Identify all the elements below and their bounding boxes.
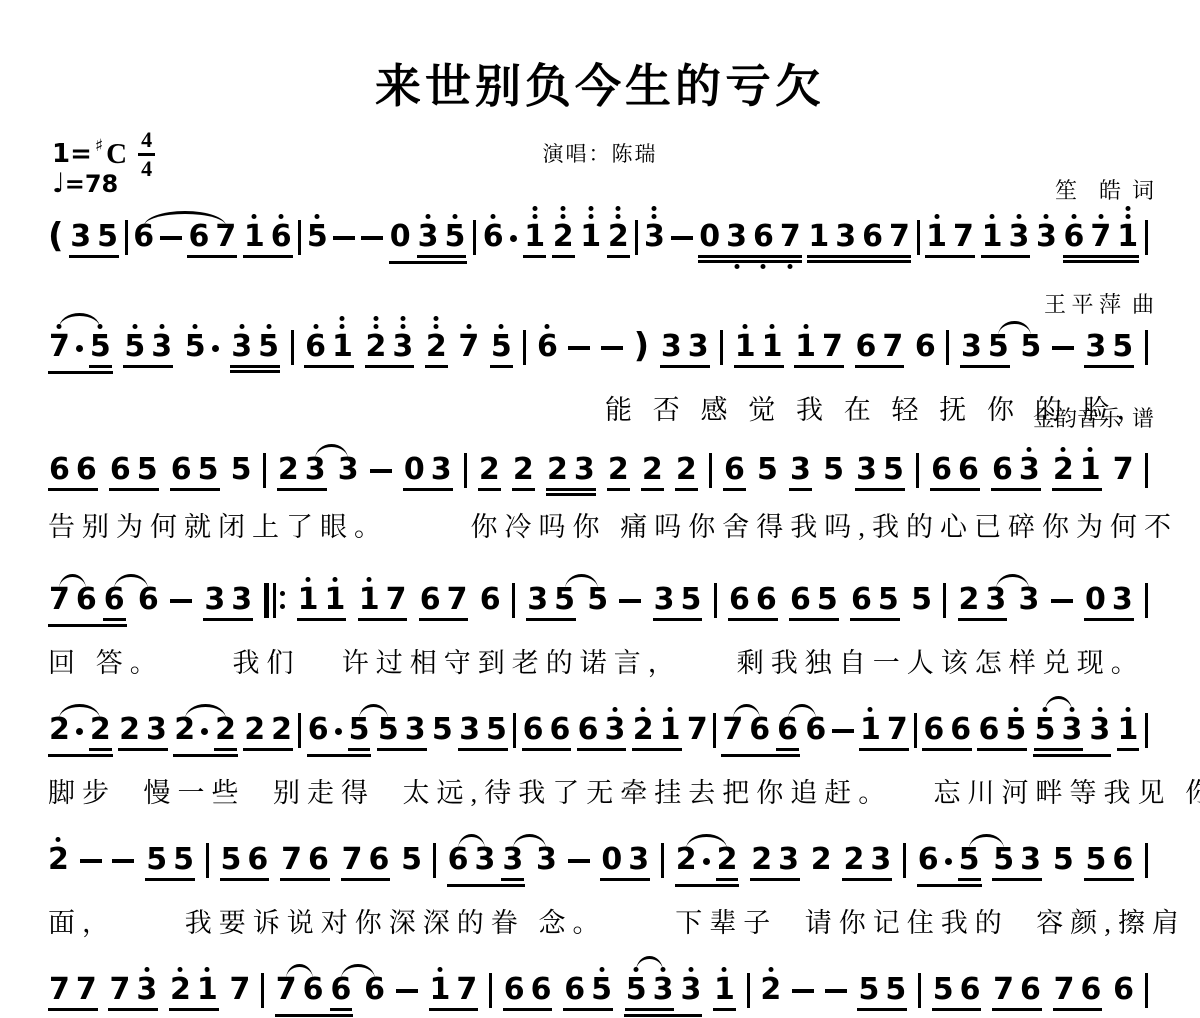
barline [914, 713, 917, 748]
note: 6 [420, 585, 441, 615]
beam-group: 76 [280, 845, 330, 881]
octave-dots-above [252, 214, 257, 219]
octave-dot [652, 206, 657, 211]
octave-dot [434, 316, 439, 321]
beam-group: 17 [794, 332, 844, 368]
note-digit: 6 [960, 975, 981, 1005]
note: 1 [332, 332, 353, 362]
note: 3 [418, 222, 439, 252]
note-digit: 3 [204, 585, 225, 615]
note-digit: 7 [447, 585, 468, 615]
note-digit: 2 [717, 845, 738, 875]
note-digit: 5 [97, 222, 118, 252]
note-digit: 2 [959, 585, 980, 615]
repeat-dot [280, 591, 285, 596]
note-digit: 3 [1089, 715, 1110, 745]
octave-dots-above [688, 967, 693, 972]
music-line: 66656552330322232226535356663217 [48, 455, 1148, 491]
beam-group: 5 [348, 715, 371, 751]
barline [263, 453, 266, 488]
note: 1 [325, 585, 346, 615]
note: 6 [578, 715, 599, 745]
note: 3 [70, 222, 91, 252]
note: 5 [587, 585, 608, 615]
note-digit: 2 [843, 845, 864, 875]
duration-dash [792, 989, 814, 993]
note-digit: 3 [405, 715, 426, 745]
octave-dots-above [1044, 214, 1049, 219]
note: 5 [491, 332, 512, 362]
score-line: 66656552330322232226535356663217告别为何就闭上了… [48, 455, 1148, 544]
octave-dot [768, 967, 773, 972]
octave-dots-above [652, 206, 657, 219]
note-digit: 2 [751, 845, 772, 875]
note-digit: 3 [985, 585, 1006, 615]
note: 3 [305, 455, 326, 485]
beam-group: 17 [859, 715, 909, 751]
note: 3 [204, 585, 225, 615]
score-line: 222322226553535666321776661766655331脚步 慢… [48, 715, 1148, 810]
beam-group: 35 [458, 715, 508, 751]
barline [946, 330, 949, 365]
beam-group: 23 [958, 585, 1008, 621]
note-digit: 1 [926, 222, 947, 252]
note: 6 [483, 222, 504, 252]
octave-dot [561, 214, 566, 219]
octave-dots-above [434, 316, 439, 329]
beam-group: 03 [403, 455, 453, 491]
octave-dots-above [934, 214, 939, 219]
note-digit: 5 [1020, 332, 1041, 362]
note-digit: 5 [587, 585, 608, 615]
note-digit: 6 [549, 715, 570, 745]
note-digit: 3 [661, 332, 682, 362]
note: 2 [90, 715, 111, 745]
beam-group: 2 [641, 455, 664, 491]
note: 6 [271, 222, 292, 252]
note: 5 [823, 455, 844, 485]
note-digit: 6 [992, 455, 1013, 485]
note: 2 [608, 222, 629, 252]
note-digit: 6 [856, 332, 877, 362]
octave-dots-above [239, 324, 244, 329]
note: 3 [431, 455, 452, 485]
octave-dots-above [466, 324, 471, 329]
note: 0 [601, 845, 622, 875]
barline [473, 220, 476, 255]
beam-group: 671 [1063, 222, 1140, 258]
note: 1 [1117, 222, 1138, 252]
beam-group: 2 [214, 715, 237, 751]
note: 7 [49, 332, 70, 362]
beam-group: 3 [789, 455, 812, 491]
note: 5 [146, 845, 167, 875]
performer-line: 演唱：陈瑞 [0, 138, 1200, 168]
octave-dot [990, 214, 995, 219]
note: 3 [688, 332, 709, 362]
note: 1 [580, 222, 601, 252]
time-signature-top: 4 [138, 128, 155, 156]
key-prefix: 1= [52, 139, 92, 169]
note-digit: 1 [714, 975, 735, 1005]
beam-group: 77 [48, 975, 98, 1011]
beam-group: 76 [992, 975, 1042, 1011]
octave-dots-below [761, 264, 766, 269]
beam-group: 55 [857, 975, 907, 1011]
note: 5 [221, 845, 242, 875]
beam-group: 65 [170, 455, 220, 491]
note: 7 [822, 332, 843, 362]
note: 7 [229, 975, 250, 1005]
octave-dots-above [340, 316, 345, 329]
repeat-dots [280, 591, 285, 609]
note-digit: 5 [432, 715, 453, 745]
octave-dot [612, 707, 617, 712]
note: 3 [835, 222, 856, 252]
note-digit: 6 [49, 455, 70, 485]
note-digit: 3 [1085, 332, 1106, 362]
note: 3 [628, 845, 649, 875]
barline [714, 583, 717, 618]
note: 2 [760, 975, 781, 1005]
note: 3 [1036, 222, 1057, 252]
duration-dash [112, 859, 134, 863]
note-digit: 6 [1112, 845, 1133, 875]
octave-dots-above [373, 316, 378, 329]
beam-group: 22 [48, 715, 113, 757]
note-digit: 2 [170, 975, 191, 1005]
octave-dot [652, 214, 657, 219]
barline [464, 453, 467, 488]
note-digit: 3 [654, 585, 675, 615]
note: 6 [978, 715, 999, 745]
note-digit: 6 [504, 975, 525, 1005]
tempo-marking: ♩=78 [52, 168, 118, 199]
note: 3 [231, 585, 252, 615]
note-digit: 6 [862, 222, 883, 252]
octave-dots-above [768, 967, 773, 972]
beam-group: 53 [377, 715, 427, 751]
note-digit: 5 [486, 715, 507, 745]
note-digit: 7 [889, 222, 910, 252]
note-digit: 2 [48, 845, 69, 875]
note-digit: 3 [653, 975, 674, 1005]
note: 7 [458, 332, 479, 362]
octave-dot [668, 707, 673, 712]
note: 6 [790, 585, 811, 615]
note: 6 [1112, 845, 1133, 875]
note-digit: 2 [633, 715, 654, 745]
note: 6 [805, 715, 826, 745]
note-digit: 3 [856, 455, 877, 485]
barline [261, 973, 264, 1008]
note: 2 [843, 845, 864, 875]
octave-dot [616, 206, 621, 211]
beam-group: 6 [776, 715, 799, 751]
note-digit: 5 [959, 845, 980, 875]
octave-dots-above [770, 324, 775, 329]
repeat-bar-thin [273, 583, 276, 618]
note-digit: 1 [860, 715, 881, 745]
octave-dots-above [616, 206, 621, 219]
barline [433, 843, 436, 878]
beam-group: 2 [552, 222, 575, 258]
barline [943, 583, 946, 618]
note: 3 [502, 845, 523, 875]
duration-dash [361, 236, 383, 240]
score-line: 7773217766617666553312555676766 [48, 975, 1148, 1017]
beam-group: 16 [243, 222, 293, 258]
note: 7 [276, 975, 297, 1005]
note-digit: 2 [479, 455, 500, 485]
note-digit: 6 [923, 715, 944, 745]
barline [1145, 843, 1148, 878]
note: 6 [504, 975, 525, 1005]
note: 3 [459, 715, 480, 745]
note-digit: 3 [628, 845, 649, 875]
duration-dash [832, 729, 854, 733]
note-digit: 7 [386, 585, 407, 615]
note-digit: 5 [1053, 845, 1074, 875]
beam-group: 56 [1084, 845, 1134, 881]
note: 2 [642, 455, 663, 485]
note-digit: 2 [174, 715, 195, 745]
beam-group: 03 [1084, 585, 1134, 621]
note-digit: 6 [271, 222, 292, 252]
note-digit: 6 [331, 975, 352, 1005]
note: 5 [97, 222, 118, 252]
note: 3 [146, 715, 167, 745]
score-line: 755353561232756)33111767635535能 否 感 觉 我 … [48, 332, 1148, 427]
note: 7 [342, 845, 363, 875]
octave-dot [545, 324, 550, 329]
beam-group: 35 [1084, 332, 1134, 368]
octave-dots-above [144, 967, 149, 972]
note: 2 [271, 715, 292, 745]
note-digit: 3 [231, 332, 252, 362]
note-digit: 6 [420, 585, 441, 615]
music-line: 7773217766617666553312555676766 [48, 975, 1148, 1017]
note-digit: 0 [601, 845, 622, 875]
note: 6 [305, 332, 326, 362]
note-digit: 1 [735, 332, 756, 362]
note: 2 [676, 845, 697, 875]
beam-group: 13 [981, 222, 1031, 258]
note-digit: 6 [364, 975, 385, 1005]
note: 1 [762, 332, 783, 362]
octave-dot [588, 214, 593, 219]
note: 6 [958, 455, 979, 485]
beam-group: 6 [103, 585, 126, 621]
note: 3 [405, 715, 426, 745]
music-line: 766633111767635535666565523303 [48, 585, 1148, 627]
note-digit: 5 [817, 585, 838, 615]
note-digit: 3 [680, 975, 701, 1005]
octave-dot [722, 967, 727, 972]
note: 5 [231, 455, 252, 485]
note-digit: 3 [502, 845, 523, 875]
barline [125, 220, 128, 255]
note: 3 [1061, 715, 1082, 745]
note: 7 [447, 585, 468, 615]
note-digit: 3 [1019, 455, 1040, 485]
note-digit: 0 [699, 222, 720, 252]
note-digit: 2 [366, 332, 387, 362]
beam-group: 35 [417, 222, 467, 258]
duration-dot [510, 235, 517, 242]
note: 5 [1085, 845, 1106, 875]
octave-dot [1088, 447, 1093, 452]
note: 6 [133, 222, 154, 252]
octave-dots-above [1097, 707, 1102, 712]
note-digit: 0 [1085, 585, 1106, 615]
note: 2 [553, 222, 574, 252]
beam-group: 23 [118, 715, 168, 751]
duration-dash [568, 859, 590, 863]
note: 3 [136, 975, 157, 1005]
note-digit: 2 [811, 845, 832, 875]
beam-group: 76 [1053, 975, 1103, 1011]
note: 2 [811, 845, 832, 875]
note-digit: 3 [835, 222, 856, 252]
octave-dots-above [132, 324, 137, 329]
note: 6 [303, 975, 324, 1005]
octave-dots-above [722, 967, 727, 972]
note-digit: 3 [459, 715, 480, 745]
barline [720, 330, 723, 365]
note-digit: 6 [523, 715, 544, 745]
beam-group: 55 [145, 845, 195, 881]
octave-dots-above [1125, 206, 1130, 219]
note-digit: 7 [993, 975, 1014, 1005]
note-digit: 2 [90, 715, 111, 745]
note-digit: 7 [887, 715, 908, 745]
note: 2 [215, 715, 236, 745]
note: 3 [680, 975, 701, 1005]
note: 7 [456, 975, 477, 1005]
note-digit: 5 [401, 845, 422, 875]
note: 6 [749, 715, 770, 745]
slur-arc [144, 211, 226, 226]
octave-dot [178, 967, 183, 972]
barline [1145, 453, 1148, 488]
beam-group: 2 [478, 455, 501, 491]
note-digit: 2 [608, 222, 629, 252]
beam-group: 533 [624, 975, 703, 1017]
note-digit: 3 [136, 975, 157, 1005]
octave-dots-above [178, 967, 183, 972]
octave-dots-above [668, 707, 673, 712]
note-group: 6 [482, 222, 518, 252]
repeat-bar-thick [264, 583, 269, 618]
beam-group: 766 [275, 975, 354, 1017]
note-digit: 3 [961, 332, 982, 362]
music-line: 255567676563330322232236553556 [48, 845, 1148, 887]
beam-group: 56 [220, 845, 270, 881]
duration-dash [396, 989, 418, 993]
note-digit: 3 [574, 455, 595, 485]
duration-dash [671, 236, 693, 240]
note-digit: 6 [931, 455, 952, 485]
slur-arc [114, 574, 148, 589]
note: 6 [851, 585, 872, 615]
note: 7 [882, 332, 903, 362]
note: 6 [549, 715, 570, 745]
note: 7 [49, 585, 70, 615]
note-digit: 6 [110, 455, 131, 485]
note: 2 [366, 332, 387, 362]
duration-dot [335, 728, 342, 735]
note: 2 [717, 845, 738, 875]
note-digit: 2 [271, 715, 292, 745]
note: 3 [151, 332, 172, 362]
octave-dots-above [599, 967, 604, 972]
note: 7 [281, 845, 302, 875]
credit-composer: 王 平 萍 曲 [1033, 286, 1154, 324]
octave-dot [491, 214, 496, 219]
note: 3 [653, 975, 674, 1005]
note: 1 [808, 222, 829, 252]
barline [1145, 973, 1148, 1008]
note-digit: 1 [298, 585, 319, 615]
note: 6 [1113, 975, 1134, 1005]
beam-group: 2 [607, 222, 630, 258]
barline [523, 330, 526, 365]
octave-dot [588, 206, 593, 211]
note-digit: 6 [918, 845, 939, 875]
note-digit: 5 [1035, 715, 1056, 745]
slur-arc [315, 444, 348, 459]
note: 6 [931, 455, 952, 485]
beam-group: 17 [358, 585, 408, 621]
note-group: 5 [184, 332, 220, 362]
note: 5 [626, 975, 647, 1005]
beam-group: 35 [230, 332, 280, 368]
note-digit: 1 [580, 222, 601, 252]
note-digit: 6 [308, 845, 329, 875]
octave-dots-above [205, 967, 210, 972]
note: 1 [795, 332, 816, 362]
slur-arc [359, 704, 388, 719]
duration-dash [370, 469, 392, 473]
note-digit: 0 [390, 222, 411, 252]
note: 3 [527, 585, 548, 615]
note-digit: 6 [133, 222, 154, 252]
note-digit: 3 [418, 222, 439, 252]
octave-dots-above [56, 837, 61, 842]
credit-lyricist: 笙 皓 词 [1033, 172, 1154, 210]
slur-arc [996, 574, 1029, 589]
note-digit: 0 [404, 455, 425, 485]
octave-dot [1013, 707, 1018, 712]
note-digit: 2 [760, 975, 781, 1005]
beam-group: 75 [48, 332, 113, 374]
note: 6 [1020, 975, 1041, 1005]
slur-arc [59, 704, 100, 719]
note-digit: 6 [76, 585, 97, 615]
note-digit: 5 [198, 455, 219, 485]
beam-group: 61 [304, 332, 354, 368]
music-line: (356671650356121230367136717133671 [48, 222, 1148, 264]
note: 5 [1053, 845, 1074, 875]
octave-dots-above [1016, 214, 1021, 219]
note-digit: 5 [221, 845, 242, 875]
octave-dot [734, 264, 739, 269]
note-digit: 6 [138, 585, 159, 615]
note-digit: 7 [456, 975, 477, 1005]
note: 5 [185, 332, 206, 362]
song-title: 来世别负今生的亏欠 [0, 50, 1200, 116]
